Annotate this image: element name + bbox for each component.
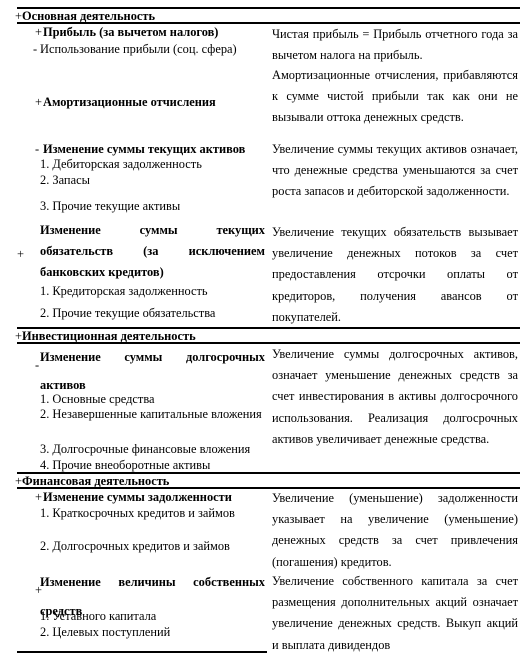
item-other-current-liabilities: 2. Прочие текущие обязательства: [40, 306, 265, 320]
item-sign: +: [17, 247, 24, 261]
description-current-assets: Увеличение суммы текущих активов означае…: [272, 139, 518, 203]
item-targeted-receipts: 2. Целевых поступлений: [40, 625, 265, 639]
item-other-noncurrent-assets: 4. Прочие внеоборотные активы: [40, 458, 265, 472]
item-current-assets-change: Изменение суммы текущих активов: [43, 142, 268, 156]
item-sign: +: [35, 490, 42, 504]
description-net-profit: Чистая прибыль = Прибыль отчетного года …: [272, 24, 518, 66]
item-profit-usage: Использование прибыли (соц. сфера): [40, 42, 265, 56]
item-payables: 1. Кредиторская задолженность: [40, 284, 265, 298]
description-equity: Увеличение собственного капитала за счет…: [272, 571, 518, 656]
description-debt: Увеличение (уменьшение) задолженности ук…: [272, 488, 518, 573]
section-sign: +: [15, 474, 22, 488]
item-current-liabilities-change: Изменение суммы текущих обязательств (за…: [40, 220, 265, 284]
section-sign: +: [15, 329, 22, 343]
item-debt-change: Изменение суммы задолженности: [43, 490, 268, 504]
section-title-financing: Финансовая деятельность: [22, 474, 169, 488]
item-sign: -: [35, 142, 39, 156]
description-long-term-assets: Увеличение суммы долгосрочных активов, о…: [272, 344, 518, 450]
item-depreciation: Амортизационные отчисления: [43, 95, 268, 109]
item-sign: -: [33, 42, 37, 56]
item-short-term-loans: 1. Краткосрочных кредитов и займов: [40, 506, 265, 520]
item-inventory: 2. Запасы: [40, 173, 265, 187]
item-long-term-loans: 2. Долгосрочных кредитов и займов: [40, 539, 265, 553]
item-sign: -: [35, 358, 39, 372]
item-sign: +: [35, 95, 42, 109]
item-long-term-assets-change: Изменение суммы долгосрочных активов: [40, 343, 265, 399]
item-profit-after-tax: Прибыль (за вычетом налогов): [43, 25, 268, 39]
item-authorized-capital: 1. Уставного капитала: [40, 609, 265, 623]
item-other-current-assets: 3. Прочие текущие активы: [40, 199, 265, 213]
item-sign: +: [35, 25, 42, 39]
item-receivables: 1. Дебиторская задолженность: [40, 157, 265, 171]
section-sign: +: [15, 9, 22, 23]
section-title-investing: Инвестиционная деятельность: [22, 329, 196, 343]
table-bottom-rule: [17, 651, 267, 653]
section-title-operating: Основная деятельность: [22, 9, 155, 23]
description-current-liabilities: Увеличение текущих обязательств вызывает…: [272, 222, 518, 328]
description-depreciation: Амортизационные отчисления, прибавляются…: [272, 65, 518, 129]
item-long-term-investments: 3. Долгосрочные финансовые вложения: [40, 442, 265, 456]
item-construction-in-progress: 2. Незавершенные капитальные вложения: [40, 404, 265, 425]
